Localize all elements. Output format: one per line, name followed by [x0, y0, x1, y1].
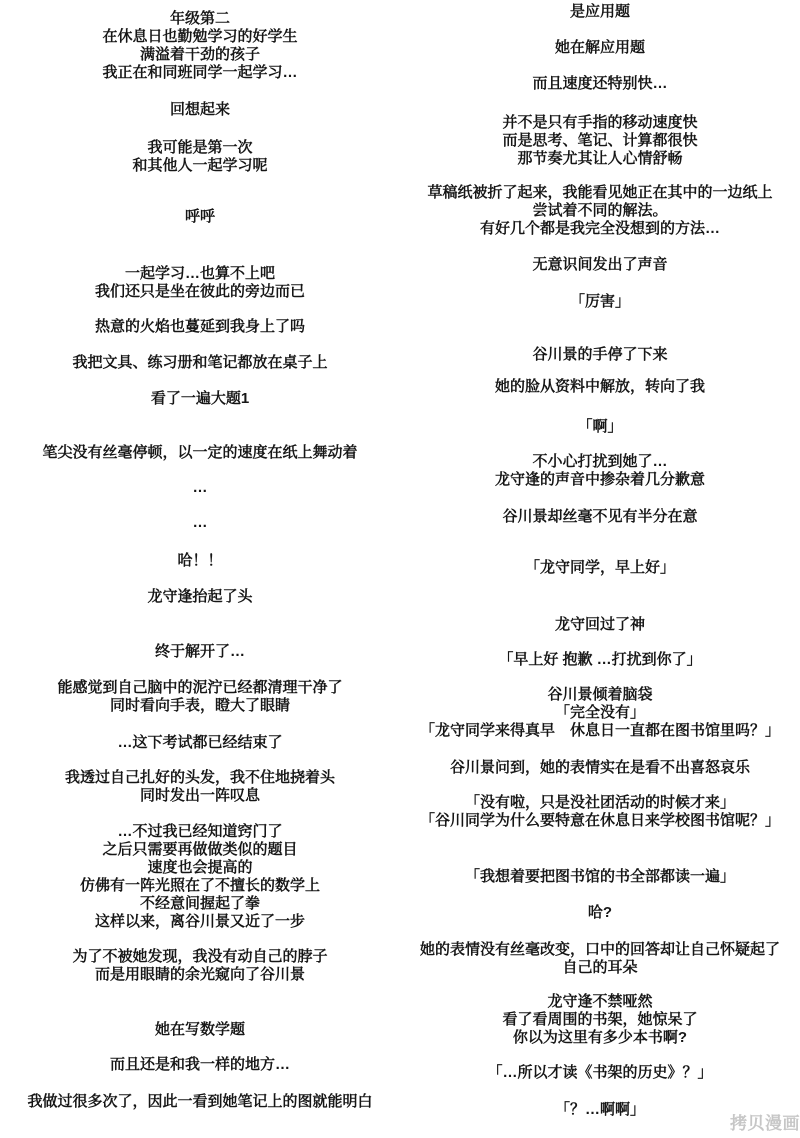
- paragraph: 谷川景却丝毫不见有半分在意: [400, 508, 800, 526]
- text-line: 尝试着不同的解法。: [400, 202, 800, 220]
- text-line: 龙守逢的声音中掺杂着几分歉意: [400, 471, 800, 489]
- text-line: 终于解开了…: [0, 643, 400, 661]
- text-line: 能感觉到自己脑中的泥泞已经都清理干净了: [0, 679, 400, 697]
- paragraph: 哈！！: [0, 552, 400, 570]
- text-line: 而是思考、笔记、计算都很快: [400, 132, 800, 150]
- text-line: 她的表情没有丝毫改变，口中的回答却让自己怀疑起了: [400, 941, 800, 959]
- text-line: …不过我已经知道窍门了: [0, 823, 400, 841]
- text-line: 而是用眼睛的余光窥向了谷川景: [0, 966, 400, 984]
- text-line: 笔尖没有丝毫停顿，以一定的速度在纸上舞动着: [0, 444, 400, 462]
- paragraph: 草稿纸被折了起来，我能看见她正在其中的一边纸上尝试着不同的解法。有好几个都是我完…: [400, 184, 800, 238]
- text-line: 之后只需要再做做类似的题目: [0, 841, 400, 859]
- paragraph: 「没有啦，只是没社团活动的时候才来」「谷川同学为什么要特意在休息日来学校图书馆呢…: [400, 794, 800, 830]
- paragraph: 年级第二在休息日也勤勉学习的好学生满溢着干劲的孩子我正在和同班同学一起学习…: [0, 10, 400, 82]
- text-line: 哈?: [400, 904, 800, 922]
- text-line: 「完全没有」: [400, 704, 800, 722]
- text-line: 并不是只有手指的移动速度快: [400, 114, 800, 132]
- paragraph: 并不是只有手指的移动速度快而是思考、笔记、计算都很快那节奏尤其让人心情舒畅: [400, 114, 800, 168]
- text-line: 无意识间发出了声音: [400, 256, 800, 274]
- text-line: 龙守回过了神: [400, 616, 800, 634]
- paragraph: …这下考试都已经结束了: [0, 734, 400, 752]
- text-line: 速度也会提高的: [0, 859, 400, 877]
- paragraph: 是应用题: [400, 3, 800, 21]
- text-column-right: 是应用题她在解应用题而且速度还特别快…并不是只有手指的移动速度快而是思考、笔记、…: [400, 0, 800, 1138]
- paragraph: 谷川景倾着脑袋「完全没有」「龙守同学来得真早 休息日一直都在图书馆里吗？」: [400, 686, 800, 740]
- paragraph: 「…所以才读《书架的历史》？」: [400, 1064, 800, 1082]
- text-line: 同时发出一阵叹息: [0, 787, 400, 805]
- paragraph: 我可能是第一次和其他人一起学习呢: [0, 139, 400, 175]
- paragraph: 龙守逢不禁哑然看了看周围的书架，她惊呆了你以为这里有多少本书啊?: [400, 993, 800, 1047]
- paragraph: 回想起来: [0, 101, 400, 119]
- paragraph: 能感觉到自己脑中的泥泞已经都清理干净了同时看向手表，瞪大了眼睛: [0, 679, 400, 715]
- text-line: 你以为这里有多少本书啊?: [400, 1029, 800, 1047]
- paragraph: 一起学习…也算不上吧我们还只是坐在彼此的旁边而已: [0, 265, 400, 301]
- text-line: 这样以来，离谷川景又近了一步: [0, 913, 400, 931]
- paragraph: 哈?: [400, 904, 800, 922]
- text-line: 她在解应用题: [400, 39, 800, 57]
- text-line: 我们还只是坐在彼此的旁边而已: [0, 283, 400, 301]
- paragraph: 她的脸从资料中解放，转向了我: [400, 378, 800, 396]
- paragraph: …: [0, 514, 400, 532]
- text-line: 看了看周围的书架，她惊呆了: [400, 1011, 800, 1029]
- text-line: 龙守逢不禁哑然: [400, 993, 800, 1011]
- paragraph: 「啊」: [400, 418, 800, 436]
- paragraph: 她在解应用题: [400, 39, 800, 57]
- site-watermark: 拷贝漫画: [730, 1109, 800, 1134]
- paragraph: 我透过自己扎好的头发，我不住地挠着头同时发出一阵叹息: [0, 769, 400, 805]
- text-line: 在休息日也勤勉学习的好学生: [0, 28, 400, 46]
- paragraph: 「早上好 抱歉 …打扰到你了」: [400, 651, 800, 669]
- paragraph: 我把文具、练习册和笔记都放在桌子上: [0, 354, 400, 372]
- paragraph: 终于解开了…: [0, 643, 400, 661]
- text-line: 「早上好 抱歉 …打扰到你了」: [400, 651, 800, 669]
- paragraph: 热意的火焰也蔓延到我身上了吗: [0, 318, 400, 336]
- paragraph: …不过我已经知道窍门了之后只需要再做做类似的题目速度也会提高的仿佛有一阵光照在了…: [0, 823, 400, 931]
- text-line: 看了一遍大题1: [0, 390, 400, 408]
- paragraph: 龙守逢抬起了头: [0, 588, 400, 606]
- paragraph: 呼呼: [0, 208, 400, 226]
- paragraph: 而且还是和我一样的地方…: [0, 1056, 400, 1074]
- paragraph: 而且速度还特别快…: [400, 75, 800, 93]
- paragraph: 她在写数学题: [0, 1021, 400, 1039]
- text-line: …这下考试都已经结束了: [0, 734, 400, 752]
- text-line: 自己的耳朵: [400, 959, 800, 977]
- text-line: 「我想着要把图书馆的书全部都读一遍」: [400, 868, 800, 886]
- text-line: 而且速度还特别快…: [400, 75, 800, 93]
- text-line: 谷川景倾着脑袋: [400, 686, 800, 704]
- paragraph: 我做过很多次了，因此一看到她笔记上的图就能明白: [0, 1093, 400, 1111]
- text-line: …: [0, 514, 400, 532]
- text-line: 龙守逢抬起了头: [0, 588, 400, 606]
- paragraph: 「我想着要把图书馆的书全部都读一遍」: [400, 868, 800, 886]
- text-line: 热意的火焰也蔓延到我身上了吗: [0, 318, 400, 336]
- text-line: 谷川景却丝毫不见有半分在意: [400, 508, 800, 526]
- text-line: 有好几个都是我完全没想到的方法…: [400, 220, 800, 238]
- paragraph: 「厉害」: [400, 293, 800, 311]
- paragraph: 她的表情没有丝毫改变，口中的回答却让自己怀疑起了自己的耳朵: [400, 941, 800, 977]
- text-line: 她的脸从资料中解放，转向了我: [400, 378, 800, 396]
- text-line: 我做过很多次了，因此一看到她笔记上的图就能明白: [0, 1093, 400, 1111]
- text-line: 年级第二: [0, 10, 400, 28]
- text-line: 为了不被她发现，我没有动自己的脖子: [0, 948, 400, 966]
- paragraph: 不小心打扰到她了…龙守逢的声音中掺杂着几分歉意: [400, 453, 800, 489]
- text-line: 「啊」: [400, 418, 800, 436]
- paragraph: 谷川景的手停了下来: [400, 346, 800, 364]
- text-line: 我透过自己扎好的头发，我不住地挠着头: [0, 769, 400, 787]
- paragraph: 「龙守同学，早上好」: [400, 559, 800, 577]
- paragraph: …: [0, 479, 400, 497]
- text-line: 一起学习…也算不上吧: [0, 265, 400, 283]
- text-line: 我可能是第一次: [0, 139, 400, 157]
- paragraph: 笔尖没有丝毫停顿，以一定的速度在纸上舞动着: [0, 444, 400, 462]
- text-line: 那节奏尤其让人心情舒畅: [400, 150, 800, 168]
- text-line: 和其他人一起学习呢: [0, 157, 400, 175]
- text-line: 谷川景问到，她的表情实在是看不出喜怒哀乐: [400, 759, 800, 777]
- text-line: 「龙守同学，早上好」: [400, 559, 800, 577]
- paragraph: 无意识间发出了声音: [400, 256, 800, 274]
- paragraph: 龙守回过了神: [400, 616, 800, 634]
- text-line: 我正在和同班同学一起学习…: [0, 64, 400, 82]
- text-line: 呼呼: [0, 208, 400, 226]
- text-line: …: [0, 479, 400, 497]
- text-line: 「…所以才读《书架的历史》？」: [400, 1064, 800, 1082]
- paragraph: 谷川景问到，她的表情实在是看不出喜怒哀乐: [400, 759, 800, 777]
- text-line: 她在写数学题: [0, 1021, 400, 1039]
- text-column-left: 年级第二在休息日也勤勉学习的好学生满溢着干劲的孩子我正在和同班同学一起学习…回想…: [0, 0, 400, 1138]
- text-line: 同时看向手表，瞪大了眼睛: [0, 697, 400, 715]
- text-line: 而且还是和我一样的地方…: [0, 1056, 400, 1074]
- text-line: 不经意间握起了拳: [0, 895, 400, 913]
- paragraph: 为了不被她发现，我没有动自己的脖子而是用眼睛的余光窥向了谷川景: [0, 948, 400, 984]
- text-line: 「没有啦，只是没社团活动的时候才来」: [400, 794, 800, 812]
- text-line: 「厉害」: [400, 293, 800, 311]
- text-line: 仿佛有一阵光照在了不擅长的数学上: [0, 877, 400, 895]
- text-line: 「龙守同学来得真早 休息日一直都在图书馆里吗？」: [400, 722, 800, 740]
- text-line: 不小心打扰到她了…: [400, 453, 800, 471]
- text-line: 草稿纸被折了起来，我能看见她正在其中的一边纸上: [400, 184, 800, 202]
- text-line: 是应用题: [400, 3, 800, 21]
- paragraph: 看了一遍大题1: [0, 390, 400, 408]
- text-line: 「谷川同学为什么要特意在休息日来学校图书馆呢？」: [400, 812, 800, 830]
- text-line: 我把文具、练习册和笔记都放在桌子上: [0, 354, 400, 372]
- text-line: 回想起来: [0, 101, 400, 119]
- text-line: 谷川景的手停了下来: [400, 346, 800, 364]
- text-line: 满溢着干劲的孩子: [0, 46, 400, 64]
- text-line: 哈！！: [0, 552, 400, 570]
- text-chapter-page: 年级第二在休息日也勤勉学习的好学生满溢着干劲的孩子我正在和同班同学一起学习…回想…: [0, 0, 800, 1138]
